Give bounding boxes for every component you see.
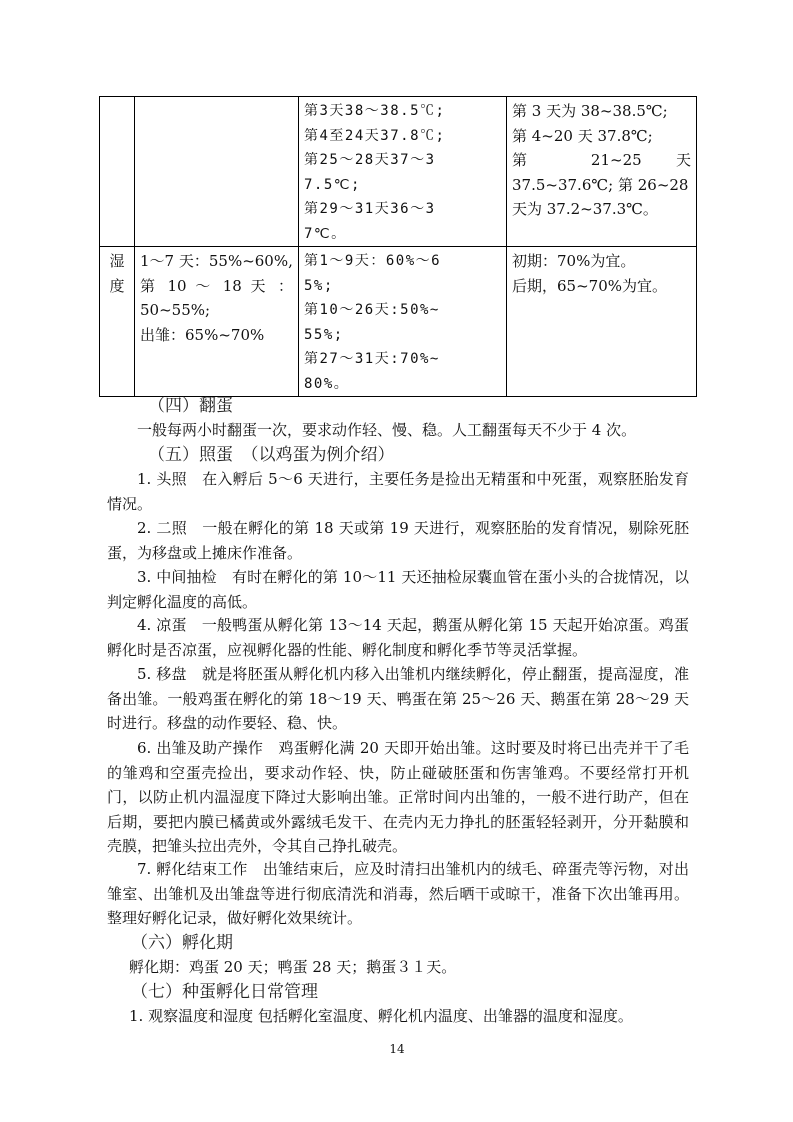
paragraph-candling-item-6: 6. 出雏及助产操作 鸡蛋孵化满 20 天即开始出雏。这时要及时将已出壳并干了毛… <box>107 736 689 859</box>
cell-line: 出雏：65%~70% <box>140 323 293 348</box>
cell-line: 第3天38～38.5℃; <box>304 99 501 124</box>
paragraph-turning-eggs: 一般每两小时翻蛋一次，要求动作轻、慢、稳。人工翻蛋每天不少于 4 次。 <box>137 418 697 443</box>
cell-line: 第25～28天37～3 <box>304 148 501 173</box>
cell-line: 第 3 天为 38~38.5℃; <box>512 99 691 124</box>
paragraph-candling-item-5: 5. 移盘 就是将胚蛋从孵化机内移入出雏机内继续孵化，停止翻蛋，提高湿度，准备出… <box>107 662 689 736</box>
cell-line: 80%。 <box>304 372 501 397</box>
paragraph-candling-item-7: 7. 孵化结束工作 出雏结束后，应及时清扫出雏机内的绒毛、碎蛋壳等污物，对出雏室… <box>107 857 689 931</box>
section-heading-candling: （五）照蛋 （以鸡蛋为例介绍） <box>148 443 395 467</box>
notes-cell: 初期：70%为宜。 后期，65~70%为宜。 <box>507 247 697 397</box>
paragraph-candling-item-4: 4. 凉蛋 一般鸭蛋从孵化第 13～14 天起，鹅蛋从孵化第 15 天起开始凉蛋… <box>107 613 689 662</box>
document-page: 第3天38～38.5℃; 第4至24天37.8℃; 第25～28天37～3 7.… <box>0 0 793 1122</box>
cell-line: 第10～26天:50%~ <box>304 298 501 323</box>
paragraph-candling-item-3: 3. 中间抽检 有时在孵化的第 10～11 天还抽检尿囊血管在蛋小头的合拢情况，… <box>107 565 689 614</box>
section-heading-turning-eggs: （四）翻蛋 <box>148 394 233 418</box>
cell-line: 第 4~20 天 37.8℃; <box>512 124 691 149</box>
goose-cell: 第1～9天：60%～6 5%; 第10～26天:50%~ 55%; 第27～31… <box>299 247 507 397</box>
paragraph-candling-item-2: 2. 二照 一般在孵化的第 18 天或第 19 天进行，观察胚胎的发育情况，剔除… <box>107 516 689 565</box>
table-row-humidity: 湿 度 1～7 天：55%~60%, 第 10 ～ 18 天 ： 50~55%;… <box>100 247 697 397</box>
cell-line: 37.5~37.6℃; 第 26~28 <box>512 173 691 198</box>
goose-cell: 第3天38～38.5℃; 第4至24天37.8℃; 第25～28天37～3 7.… <box>299 97 507 247</box>
table-row-temperature-continued: 第3天38～38.5℃; 第4至24天37.8℃; 第25～28天37～3 7.… <box>100 97 697 247</box>
row-label-char: 湿 <box>102 249 132 274</box>
row-label-char: 度 <box>102 274 132 299</box>
row-label-cell: 湿 度 <box>100 247 135 397</box>
cell-line: 第4至24天37.8℃; <box>304 124 501 149</box>
cell-line: 1～7 天：55%~60%, <box>140 249 293 274</box>
notes-cell: 第 3 天为 38~38.5℃; 第 4~20 天 37.8℃; 第 21~25… <box>507 97 697 247</box>
cell-line: 第27～31天:70%~ <box>304 347 501 372</box>
row-label-cell <box>100 97 135 247</box>
cell-line: 7℃。 <box>304 222 501 247</box>
page-number: 14 <box>387 1042 407 1056</box>
cell-line: 50~55%; <box>140 298 293 323</box>
cell-line: 7.5℃; <box>304 173 501 198</box>
paragraph-daily-management: 1. 观察温度和湿度 包括孵化室温度、孵化机内温度、出雏器的温度和湿度。 <box>129 1004 704 1029</box>
cell-line: 5%; <box>304 274 501 299</box>
paragraph-candling-item-1: 1. 头照 在入孵后 5～6 天进行，主要任务是捡出无精蛋和中死蛋，观察胚胎发育… <box>107 467 689 516</box>
paragraph-incubation-period: 孵化期：鸡蛋 20 天；鸭蛋 28 天；鹅蛋３１天。 <box>129 955 689 980</box>
cell-line: 天为 37.2~37.3℃。 <box>512 197 691 222</box>
section-heading-incubation-period: （六）孵化期 <box>131 931 233 955</box>
cell-line: 后期，65~70%为宜。 <box>512 274 691 299</box>
cell-line: 第 21~25 天 <box>512 148 691 173</box>
cell-line: 第29～31天36～3 <box>304 197 501 222</box>
cell-line: 55%; <box>304 323 501 348</box>
chicken-cell: 1～7 天：55%~60%, 第 10 ～ 18 天 ： 50~55%; 出雏：… <box>135 247 299 397</box>
cell-line: 初期：70%为宜。 <box>512 249 691 274</box>
cell-line: 第1～9天：60%～6 <box>304 249 501 274</box>
section-heading-daily-management: （七）种蛋孵化日常管理 <box>131 980 318 1004</box>
chicken-cell <box>135 97 299 247</box>
cell-line: 第 10 ～ 18 天 ： <box>140 274 293 299</box>
incubation-parameters-table: 第3天38～38.5℃; 第4至24天37.8℃; 第25～28天37～3 7.… <box>99 96 697 397</box>
